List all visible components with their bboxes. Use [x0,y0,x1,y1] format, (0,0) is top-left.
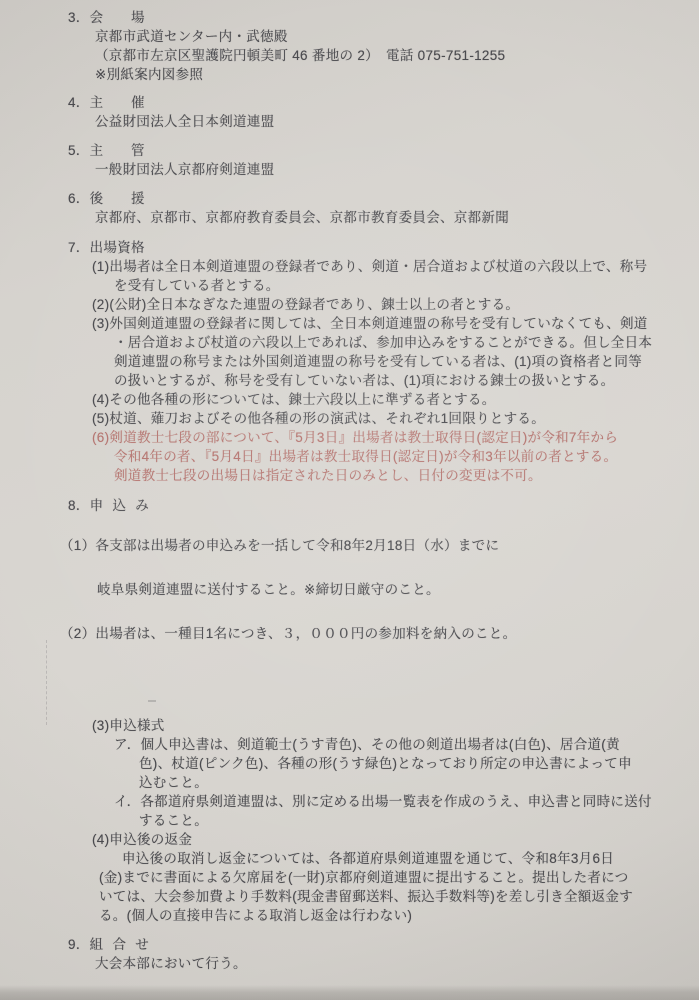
refund-paragraph-line: る。(個人の直接申告による取消し返金は行わない) [0,906,699,925]
application-form-a-line: 込むこと。 [0,773,699,792]
application-form-a-line: 色)、杖道(ピンク色)、各種の形(うす緑色)となっており所定の申込書によって申 [0,754,699,773]
organizer-line: 公益財団法人全日本剣道連盟 [0,112,699,131]
eligibility-item-1-line: (1)出場者は全日本剣道連盟の登録者であり、剣道・居合道および杖道の六段以上で、… [0,257,699,276]
application-item-1-line: 岐阜県剣道連盟に送付すること。※締切日厳守のこと。 [0,580,699,599]
eligibility-item-3-line: 剣道連盟の称号または外国剣道連盟の称号を受有している者は、(1)項の資格者と同等 [0,352,699,371]
eligibility-item-1-line: を受有している者とする。 [0,276,699,295]
paper-mark-artifact [148,700,156,702]
eligibility-item-2-line: (2)(公財)全日本なぎなた連盟の登録者であり、錬士以上の者とする。 [0,295,699,314]
section-7-heading: 7．出場資格 [0,238,699,257]
eligibility-item-3-line: (3)外国剣道連盟の登録者に関しては、全日本剣道連盟の称号を受有していなくても、… [0,314,699,333]
section-5-heading: 5．主 管 [0,141,699,160]
venue-address-line: （京都市左京区聖護院円頓美町 46 番地の 2） 電話 075-751-1255 [0,46,699,65]
eligibility-item-5-line: (5)杖道、薙刀およびその他各種の形の演武は、それぞれ1回限りとする。 [0,409,699,428]
application-form-i-line: イ．各都道府県剣道連盟は、別に定める出場一覧表を作成のうえ、申込書と同時に送付 [0,792,699,811]
refund-paragraph-line: 申込後の取消し返金については、各都道府県剣道連盟を通じて、令和8年3月6日 [0,849,699,868]
management-line: 一般財団法人京都府剣道連盟 [0,160,699,179]
supporters-line: 京都府、京都市、京都府教育委員会、京都市教育委員会、京都新聞 [0,208,699,227]
venue-name-line: 京都市武道センター内・武徳殿 [0,27,699,46]
application-form-a-line: ア．個人申込書は、剣道範士(うす青色)、その他の剣道出場者は(白色)、居合道(黄 [0,735,699,754]
document-content: 3．会 場京都市武道センター内・武徳殿（京都市左京区聖護院円頓美町 46 番地の… [0,8,699,973]
application-item-3-heading-line: (3)申込様式 [0,716,699,735]
application-item-1-line: （1）各支部は出場者の申込みを一括して令和8年2月18日（水）までに [0,536,699,555]
eligibility-item-3-line: ・居合道および杖道の六段以上であれば、参加申込みをすることができる。但し全日本 [0,333,699,352]
paper-crease-artifact [46,640,47,725]
application-item-2-line: （2）出場者は、一種目1名につき、３，０００円の参加料を納入のこと。 [0,624,699,643]
pairing-line: 大会本部において行う。 [0,954,699,973]
section-4-heading: 4．主 催 [0,93,699,112]
eligibility-item-6-red-line: (6)剣道教士七段の部について、『5月3日』出場者は教士取得日(認定日)が令和7… [0,428,699,447]
paper-bottom-edge [0,985,699,1000]
eligibility-item-6-red-line: 令和4年の者、『5月4日』出場者は教士取得日(認定日)が令和3年以前の者とする。 [0,447,699,466]
section-6-heading: 6．後 援 [0,189,699,208]
eligibility-item-6-red-line: 剣道教士七段の出場日は指定された日のみとし、日付の変更は不可。 [0,466,699,485]
eligibility-item-4-line: (4)その他各種の形については、錬士六段以上に準ずる者とする。 [0,390,699,409]
section-8-heading: 8．申 込 み [0,496,699,515]
section-3-heading: 3．会 場 [0,8,699,27]
section-9-heading: 9．組 合 せ [0,935,699,954]
eligibility-item-3-line: の扱いとするが、称号を受有していない者は、(1)項における錬士の扱いとする。 [0,371,699,390]
document-page: 3．会 場京都市武道センター内・武徳殿（京都市左京区聖護院円頓美町 46 番地の… [0,0,699,1000]
refund-paragraph-line: いては、大会参加費より手数料(現金書留郵送料、振込手数料等)を差し引き全額返金す [0,887,699,906]
application-form-i-line: すること。 [0,811,699,830]
venue-map-note-line: ※別紙案内図参照 [0,65,699,84]
refund-paragraph-line: (金)までに書面による欠席届を(一財)京都府剣道連盟に提出すること。提出した者に… [0,868,699,887]
application-item-4-heading-line: (4)申込後の返金 [0,830,699,849]
